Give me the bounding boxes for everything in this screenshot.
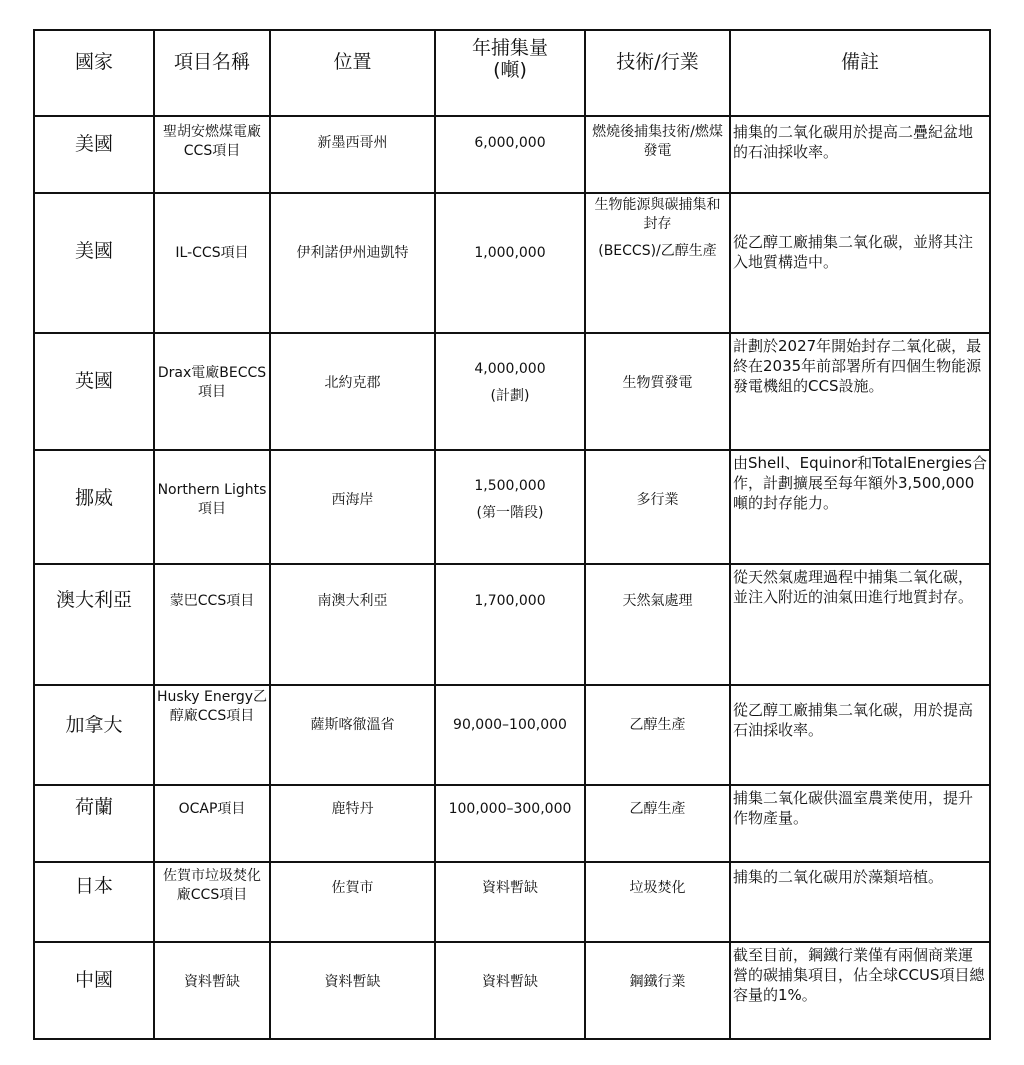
cell-project: IL-CCS項目 (154, 193, 270, 333)
header-capacity-line1: 年捕集量 (438, 37, 582, 59)
cell-capacity-value: 1,500,000 (474, 478, 545, 494)
cell-country: 挪威 (34, 450, 154, 564)
table-row: 英國 Drax電廠BECCS項目 北約克郡 4,000,000 (計劃) 生物質… (34, 333, 990, 450)
table-row: 澳大利亞 蒙巴CCS項目 南澳大利亞 1,700,000 天然氣處理 從天然氣處… (34, 564, 990, 685)
cell-capacity: 100,000–300,000 (435, 785, 585, 862)
cell-tech: 生物能源與碳捕集和封存 (BECCS)/乙醇生產 (585, 193, 730, 333)
cell-note: 捕集的二氧化碳用於提高二疊紀盆地的石油採收率。 (730, 116, 990, 193)
cell-note: 從乙醇工廠捕集二氧化碳，並將其注入地質構造中。 (730, 193, 990, 333)
cell-note: 捕集二氧化碳供溫室農業使用，提升作物產量。 (730, 785, 990, 862)
cell-project: 佐賀市垃圾焚化廠CCS項目 (154, 862, 270, 942)
cell-capacity: 4,000,000 (計劃) (435, 333, 585, 450)
header-capacity: 年捕集量 (噸) (435, 30, 585, 116)
cell-capacity: 90,000–100,000 (435, 685, 585, 785)
cell-tech: 多行業 (585, 450, 730, 564)
header-row: 國家 項目名稱 位置 年捕集量 (噸) 技術/行業 備註 (34, 30, 990, 116)
cell-country: 加拿大 (34, 685, 154, 785)
cell-tech: 鋼鐵行業 (585, 942, 730, 1039)
cell-country: 美國 (34, 116, 154, 193)
cell-location: 伊利諾伊州迪凱特 (270, 193, 435, 333)
cell-country: 日本 (34, 862, 154, 942)
cell-country: 美國 (34, 193, 154, 333)
cell-project: Husky Energy乙醇廠CCS項目 (154, 685, 270, 785)
cell-capacity: 6,000,000 (435, 116, 585, 193)
cell-project: Drax電廠BECCS項目 (154, 333, 270, 450)
header-capacity-line2: (噸) (438, 59, 582, 81)
cell-note: 由Shell、Equinor和TotalEnergies合作，計劃擴展至每年額外… (730, 450, 990, 564)
cell-project: 蒙巴CCS項目 (154, 564, 270, 685)
table-row: 美國 聖胡安燃煤電廠CCS項目 新墨西哥州 6,000,000 燃燒後捕集技術/… (34, 116, 990, 193)
cell-note: 捕集的二氧化碳用於藻類培植。 (730, 862, 990, 942)
cell-capacity: 資料暫缺 (435, 862, 585, 942)
cell-location: 西海岸 (270, 450, 435, 564)
cell-location: 新墨西哥州 (270, 116, 435, 193)
cell-tech: 天然氣處理 (585, 564, 730, 685)
table-row: 美國 IL-CCS項目 伊利諾伊州迪凱特 1,000,000 生物能源與碳捕集和… (34, 193, 990, 333)
cell-country: 中國 (34, 942, 154, 1039)
header-location: 位置 (270, 30, 435, 116)
cell-location: 資料暫缺 (270, 942, 435, 1039)
cell-note: 從天然氣處理過程中捕集二氧化碳，並注入附近的油氣田進行地質封存。 (730, 564, 990, 685)
table-row: 荷蘭 OCAP項目 鹿特丹 100,000–300,000 乙醇生產 捕集二氧化… (34, 785, 990, 862)
cell-country: 荷蘭 (34, 785, 154, 862)
cell-tech-line1: 生物能源與碳捕集和封存 (595, 197, 721, 232)
table-row: 挪威 Northern Lights項目 西海岸 1,500,000 (第一階段… (34, 450, 990, 564)
cell-tech-line2: (BECCS)/乙醇生產 (588, 242, 727, 261)
cell-tech: 生物質發電 (585, 333, 730, 450)
cell-tech: 乙醇生產 (585, 785, 730, 862)
cell-capacity: 1,700,000 (435, 564, 585, 685)
cell-capacity-note: (計劃) (438, 387, 582, 406)
cell-note: 計劃於2027年開始封存二氧化碳，最終在2035年前部署所有四個生物能源發電機組… (730, 333, 990, 450)
cell-capacity: 1,000,000 (435, 193, 585, 333)
cell-location: 南澳大利亞 (270, 564, 435, 685)
cell-location: 鹿特丹 (270, 785, 435, 862)
cell-project: Northern Lights項目 (154, 450, 270, 564)
cell-location: 薩斯喀徹溫省 (270, 685, 435, 785)
cell-project: 資料暫缺 (154, 942, 270, 1039)
table-row: 加拿大 Husky Energy乙醇廠CCS項目 薩斯喀徹溫省 90,000–1… (34, 685, 990, 785)
cell-capacity-note: (第一階段) (438, 504, 582, 523)
ccs-projects-table: 國家 項目名稱 位置 年捕集量 (噸) 技術/行業 備註 美國 聖胡安燃煤電廠C… (33, 29, 991, 1040)
header-note: 備註 (730, 30, 990, 116)
cell-project: 聖胡安燃煤電廠CCS項目 (154, 116, 270, 193)
cell-note: 從乙醇工廠捕集二氧化碳，用於提高石油採收率。 (730, 685, 990, 785)
cell-project: OCAP項目 (154, 785, 270, 862)
header-tech: 技術/行業 (585, 30, 730, 116)
cell-note: 截至目前，鋼鐵行業僅有兩個商業運營的碳捕集項目，佔全球CCUS項目總容量的1%。 (730, 942, 990, 1039)
table-row: 日本 佐賀市垃圾焚化廠CCS項目 佐賀市 資料暫缺 垃圾焚化 捕集的二氧化碳用於… (34, 862, 990, 942)
cell-location: 佐賀市 (270, 862, 435, 942)
cell-location: 北約克郡 (270, 333, 435, 450)
cell-tech: 乙醇生產 (585, 685, 730, 785)
table-row: 中國 資料暫缺 資料暫缺 資料暫缺 鋼鐵行業 截至目前，鋼鐵行業僅有兩個商業運營… (34, 942, 990, 1039)
cell-capacity-value: 4,000,000 (474, 361, 545, 377)
cell-capacity: 1,500,000 (第一階段) (435, 450, 585, 564)
header-country: 國家 (34, 30, 154, 116)
cell-tech: 垃圾焚化 (585, 862, 730, 942)
header-project: 項目名稱 (154, 30, 270, 116)
cell-capacity: 資料暫缺 (435, 942, 585, 1039)
cell-tech: 燃燒後捕集技術/燃煤發電 (585, 116, 730, 193)
cell-country: 澳大利亞 (34, 564, 154, 685)
cell-country: 英國 (34, 333, 154, 450)
